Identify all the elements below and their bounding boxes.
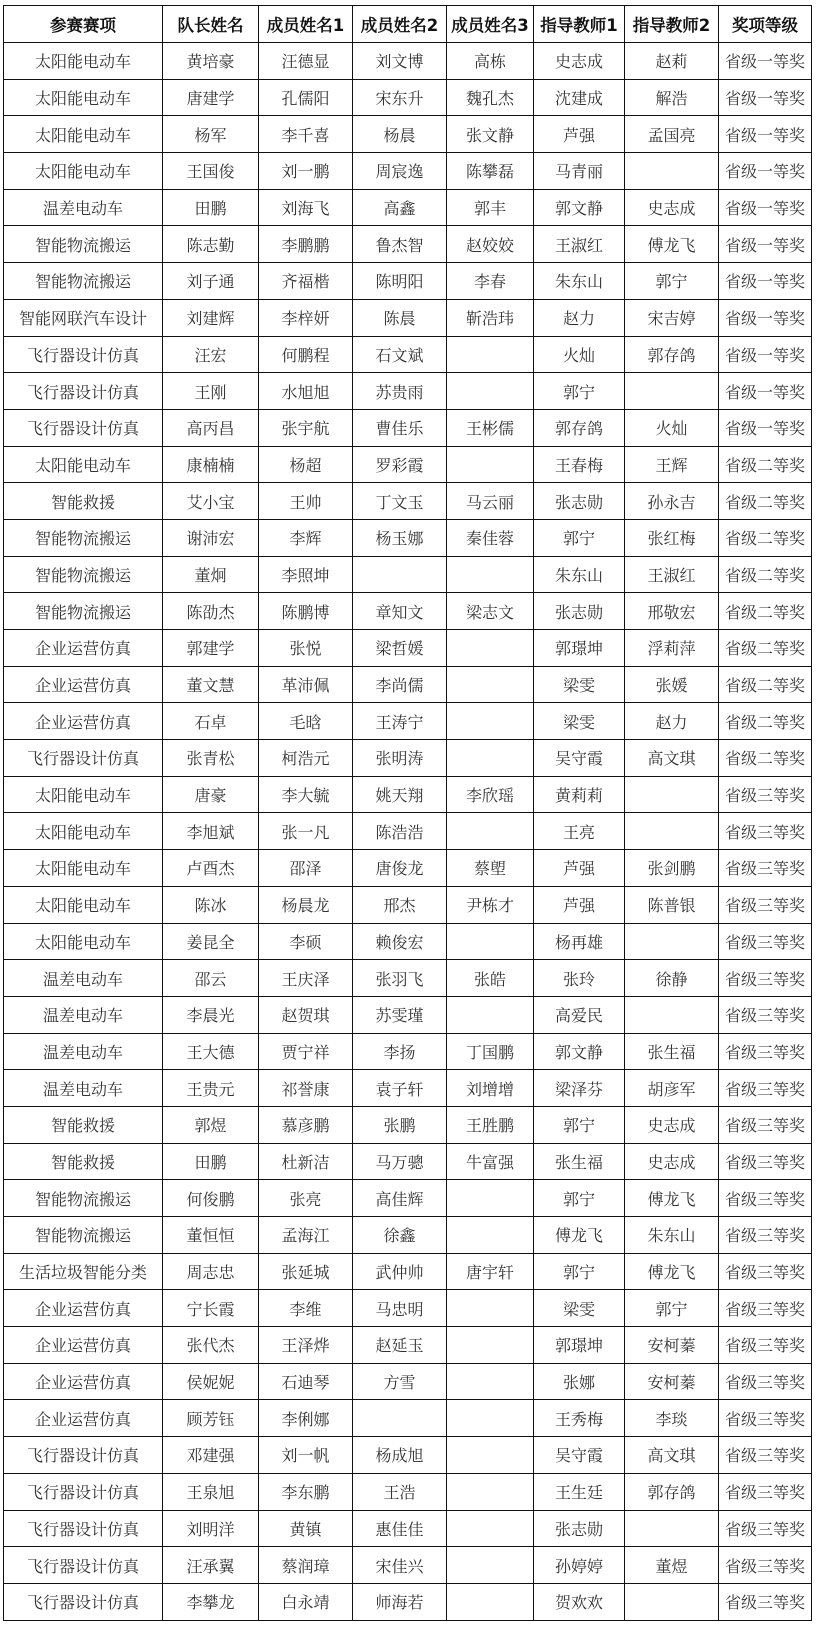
- captain-cell: 王泉旭: [163, 1473, 259, 1510]
- member-2-cell: 惠佳佳: [353, 1510, 447, 1547]
- captain-cell: 顾芳钰: [163, 1400, 259, 1437]
- member-2-cell: 马万骢: [353, 1143, 447, 1180]
- award-level-cell: 省级三等奖: [719, 1143, 812, 1180]
- captain-cell: 杨军: [163, 116, 259, 153]
- award-level-cell: 省级二等奖: [719, 593, 812, 630]
- table-body: 太阳能电动车黄培豪汪德显刘文博高栋史志成赵莉省级一等奖太阳能电动车唐建学孔儒阳宋…: [4, 43, 812, 1621]
- table-row: 飞行器设计仿真汪宏何鹏程石文斌火灿郭存鸽省级一等奖: [4, 336, 812, 373]
- member-3-cell: 梁志文: [447, 593, 534, 630]
- member-2-cell: 高佳辉: [353, 1180, 447, 1217]
- competition-cell: 企业运营仿真: [4, 1290, 163, 1327]
- member-3-cell: 牛富强: [447, 1143, 534, 1180]
- header-competition: 参赛赛项: [4, 6, 163, 43]
- captain-cell: 康楠楠: [163, 446, 259, 483]
- captain-cell: 董恒恒: [163, 1217, 259, 1254]
- competition-cell: 太阳能电动车: [4, 923, 163, 960]
- captain-cell: 汪承翼: [163, 1547, 259, 1584]
- advisor-1-cell: 梁雯: [534, 703, 625, 740]
- advisor-2-cell: 孟国亮: [625, 116, 719, 153]
- advisor-1-cell: 梁雯: [534, 1290, 625, 1327]
- captain-cell: 姜昆全: [163, 923, 259, 960]
- advisor-1-cell: 张生福: [534, 1143, 625, 1180]
- advisor-2-cell: 傅龙飞: [625, 226, 719, 263]
- member-2-cell: 宋东升: [353, 79, 447, 116]
- captain-cell: 高丙昌: [163, 409, 259, 446]
- member-2-cell: 张明涛: [353, 740, 447, 777]
- member-3-cell: 赵姣姣: [447, 226, 534, 263]
- member-1-cell: 李东鹏: [259, 1473, 353, 1510]
- member-3-cell: [447, 923, 534, 960]
- member-1-cell: 孟海江: [259, 1217, 353, 1254]
- member-1-cell: 何鹏程: [259, 336, 353, 373]
- award-level-cell: 省级一等奖: [719, 409, 812, 446]
- table-row: 智能网联汽车设计刘建辉李梓妍陈晨靳浩玮赵力宋吉婷省级一等奖: [4, 299, 812, 336]
- member-1-cell: 张悦: [259, 630, 353, 667]
- captain-cell: 陈劭杰: [163, 593, 259, 630]
- table-row: 智能物流搬运董恒恒孟海江徐鑫傅龙飞朱东山省级三等奖: [4, 1217, 812, 1254]
- captain-cell: 何俊鹏: [163, 1180, 259, 1217]
- advisor-1-cell: 杨再雄: [534, 923, 625, 960]
- award-level-cell: 省级二等奖: [719, 666, 812, 703]
- award-level-cell: 省级三等奖: [719, 1217, 812, 1254]
- advisor-1-cell: 郭璟坤: [534, 1327, 625, 1364]
- competition-cell: 太阳能电动车: [4, 886, 163, 923]
- advisor-1-cell: 孙婷婷: [534, 1547, 625, 1584]
- advisor-2-cell: 张剑鹏: [625, 850, 719, 887]
- advisor-1-cell: 张志勋: [534, 593, 625, 630]
- competition-cell: 智能物流搬运: [4, 519, 163, 556]
- member-3-cell: [447, 1363, 534, 1400]
- member-1-cell: 张亮: [259, 1180, 353, 1217]
- advisor-2-cell: 史志成: [625, 1106, 719, 1143]
- table-row: 太阳能电动车姜昆全李硕赖俊宏杨再雄省级三等奖: [4, 923, 812, 960]
- captain-cell: 侯妮妮: [163, 1363, 259, 1400]
- advisor-1-cell: 郭宁: [534, 373, 625, 410]
- table-row: 企业运营仿真张代杰王泽烨赵延玉郭璟坤安柯蓁省级三等奖: [4, 1327, 812, 1364]
- member-2-cell: [353, 556, 447, 593]
- advisor-1-cell: 郭宁: [534, 1106, 625, 1143]
- member-1-cell: 王庆泽: [259, 960, 353, 997]
- member-1-cell: 王泽烨: [259, 1327, 353, 1364]
- advisor-1-cell: 张志勋: [534, 1510, 625, 1547]
- member-2-cell: 方雪: [353, 1363, 447, 1400]
- advisor-1-cell: 王秀梅: [534, 1400, 625, 1437]
- member-2-cell: 罗彩霞: [353, 446, 447, 483]
- awards-table: 参赛赛项 队长姓名 成员姓名1 成员姓名2 成员姓名3 指导教师1 指导教师2 …: [3, 5, 812, 1621]
- captain-cell: 邓建强: [163, 1437, 259, 1474]
- award-level-cell: 省级二等奖: [719, 483, 812, 520]
- table-row: 企业运营仿真石卓毛晗王涛宁梁雯赵力省级二等奖: [4, 703, 812, 740]
- advisor-2-cell: 安柯蓁: [625, 1363, 719, 1400]
- captain-cell: 汪宏: [163, 336, 259, 373]
- member-1-cell: 杨晨龙: [259, 886, 353, 923]
- competition-cell: 智能网联汽车设计: [4, 299, 163, 336]
- award-level-cell: 省级三等奖: [719, 1583, 812, 1620]
- member-2-cell: 赵延玉: [353, 1327, 447, 1364]
- advisor-2-cell: 陈普银: [625, 886, 719, 923]
- member-3-cell: [447, 1180, 534, 1217]
- advisor-1-cell: 吴守霞: [534, 740, 625, 777]
- advisor-1-cell: 郭存鸽: [534, 409, 625, 446]
- member-3-cell: 王彬儒: [447, 409, 534, 446]
- table-row: 太阳能电动车王国俊刘一鹏周宸逸陈攀磊马青丽省级一等奖: [4, 153, 812, 190]
- captain-cell: 王大德: [163, 1033, 259, 1070]
- captain-cell: 刘建辉: [163, 299, 259, 336]
- member-1-cell: 黄镇: [259, 1510, 353, 1547]
- competition-cell: 智能救援: [4, 1143, 163, 1180]
- member-3-cell: 丁国鹏: [447, 1033, 534, 1070]
- competition-cell: 温差电动车: [4, 1033, 163, 1070]
- member-1-cell: 杨超: [259, 446, 353, 483]
- member-3-cell: 马云丽: [447, 483, 534, 520]
- advisor-2-cell: 郭存鸽: [625, 336, 719, 373]
- competition-cell: 飞行器设计仿真: [4, 373, 163, 410]
- member-1-cell: 齐福楷: [259, 263, 353, 300]
- member-2-cell: 鲁杰智: [353, 226, 447, 263]
- member-1-cell: 李硕: [259, 923, 353, 960]
- award-level-cell: 省级三等奖: [719, 1363, 812, 1400]
- member-2-cell: 王浩: [353, 1473, 447, 1510]
- competition-cell: 智能物流搬运: [4, 263, 163, 300]
- advisor-1-cell: 郭文静: [534, 1033, 625, 1070]
- member-3-cell: [447, 1473, 534, 1510]
- competition-cell: 企业运营仿真: [4, 703, 163, 740]
- table-row: 温差电动车邵云王庆泽张羽飞张皓张玲徐静省级三等奖: [4, 960, 812, 997]
- award-level-cell: 省级三等奖: [719, 1400, 812, 1437]
- award-level-cell: 省级三等奖: [719, 960, 812, 997]
- advisor-1-cell: 芦强: [534, 850, 625, 887]
- advisor-2-cell: [625, 373, 719, 410]
- member-2-cell: 丁文玉: [353, 483, 447, 520]
- captain-cell: 王贵元: [163, 1070, 259, 1107]
- table-row: 飞行器设计仿真王泉旭李东鹏王浩王生廷郭存鸽省级三等奖: [4, 1473, 812, 1510]
- member-1-cell: 慕彦鹏: [259, 1106, 353, 1143]
- member-3-cell: 郭丰: [447, 189, 534, 226]
- advisor-2-cell: 郭宁: [625, 263, 719, 300]
- captain-cell: 田鹏: [163, 189, 259, 226]
- competition-cell: 太阳能电动车: [4, 446, 163, 483]
- member-1-cell: 李千喜: [259, 116, 353, 153]
- member-1-cell: 张宇航: [259, 409, 353, 446]
- advisor-2-cell: 史志成: [625, 189, 719, 226]
- member-1-cell: 蔡润璋: [259, 1547, 353, 1584]
- competition-cell: 飞行器设计仿真: [4, 1583, 163, 1620]
- member-2-cell: 章知文: [353, 593, 447, 630]
- advisor-1-cell: 傅龙飞: [534, 1217, 625, 1254]
- captain-cell: 邵云: [163, 960, 259, 997]
- captain-cell: 陈志勤: [163, 226, 259, 263]
- award-level-cell: 省级一等奖: [719, 299, 812, 336]
- captain-cell: 周志忠: [163, 1253, 259, 1290]
- competition-cell: 温差电动车: [4, 960, 163, 997]
- header-member-3: 成员姓名3: [447, 6, 534, 43]
- member-1-cell: 李照坤: [259, 556, 353, 593]
- member-3-cell: 唐宇轩: [447, 1253, 534, 1290]
- award-level-cell: 省级三等奖: [719, 886, 812, 923]
- table-row: 智能救援艾小宝王帅丁文玉马云丽张志勋孙永吉省级二等奖: [4, 483, 812, 520]
- member-3-cell: 李欣瑶: [447, 776, 534, 813]
- member-2-cell: 师海若: [353, 1583, 447, 1620]
- table-row: 企业运营仿真董文慧革沛佩李尚儒梁雯张媛省级二等奖: [4, 666, 812, 703]
- captain-cell: 李晨光: [163, 996, 259, 1033]
- member-1-cell: 水旭旭: [259, 373, 353, 410]
- member-3-cell: [447, 446, 534, 483]
- advisor-2-cell: 安柯蓁: [625, 1327, 719, 1364]
- award-level-cell: 省级二等奖: [719, 740, 812, 777]
- captain-cell: 郭煜: [163, 1106, 259, 1143]
- advisor-2-cell: 张红梅: [625, 519, 719, 556]
- competition-cell: 太阳能电动车: [4, 79, 163, 116]
- award-level-cell: 省级一等奖: [719, 373, 812, 410]
- member-3-cell: [447, 666, 534, 703]
- captain-cell: 李旭斌: [163, 813, 259, 850]
- competition-cell: 温差电动车: [4, 1070, 163, 1107]
- member-3-cell: [447, 1400, 534, 1437]
- table-row: 智能物流搬运谢沛宏李辉杨玉娜秦佳蓉郭宁张红梅省级二等奖: [4, 519, 812, 556]
- captain-cell: 唐建学: [163, 79, 259, 116]
- captain-cell: 田鹏: [163, 1143, 259, 1180]
- table-row: 智能物流搬运刘子通齐福楷陈明阳李春朱东山郭宁省级一等奖: [4, 263, 812, 300]
- member-1-cell: 李辉: [259, 519, 353, 556]
- advisor-1-cell: 赵力: [534, 299, 625, 336]
- competition-cell: 企业运营仿真: [4, 666, 163, 703]
- captain-cell: 王国俊: [163, 153, 259, 190]
- member-1-cell: 张延城: [259, 1253, 353, 1290]
- member-1-cell: 毛晗: [259, 703, 353, 740]
- award-level-cell: 省级二等奖: [719, 556, 812, 593]
- competition-cell: 智能救援: [4, 483, 163, 520]
- table-row: 飞行器设计仿真张青松柯浩元张明涛吴守霞高文琪省级二等奖: [4, 740, 812, 777]
- table-row: 温差电动车田鹏刘海飞高鑫郭丰郭文静史志成省级一等奖: [4, 189, 812, 226]
- advisor-1-cell: 朱东山: [534, 263, 625, 300]
- member-2-cell: 姚天翔: [353, 776, 447, 813]
- advisor-1-cell: 贺欢欢: [534, 1583, 625, 1620]
- competition-cell: 智能物流搬运: [4, 556, 163, 593]
- member-1-cell: 李俐娜: [259, 1400, 353, 1437]
- table-row: 智能物流搬运陈志勤李鹏鹏鲁杰智赵姣姣王淑红傅龙飞省级一等奖: [4, 226, 812, 263]
- award-level-cell: 省级二等奖: [719, 703, 812, 740]
- competition-cell: 企业运营仿真: [4, 1363, 163, 1400]
- table-row: 温差电动车王贵元祁誉康袁子轩刘增增梁泽芬胡彦军省级三等奖: [4, 1070, 812, 1107]
- member-3-cell: 刘增增: [447, 1070, 534, 1107]
- award-level-cell: 省级三等奖: [719, 1327, 812, 1364]
- table-row: 飞行器设计仿真刘明洋黄镇惠佳佳张志勋省级三等奖: [4, 1510, 812, 1547]
- award-level-cell: 省级一等奖: [719, 226, 812, 263]
- table-row: 飞行器设计仿真汪承翼蔡润璋宋佳兴孙婷婷董煜省级三等奖: [4, 1547, 812, 1584]
- award-level-cell: 省级一等奖: [719, 79, 812, 116]
- table-row: 飞行器设计仿真王刚水旭旭苏贵雨郭宁省级一等奖: [4, 373, 812, 410]
- advisor-1-cell: 张志勋: [534, 483, 625, 520]
- table-row: 太阳能电动车唐豪李大毓姚天翔李欣瑶黄莉莉省级三等奖: [4, 776, 812, 813]
- captain-cell: 郭建学: [163, 630, 259, 667]
- member-2-cell: 高鑫: [353, 189, 447, 226]
- award-level-cell: 省级三等奖: [719, 813, 812, 850]
- award-level-cell: 省级三等奖: [719, 1473, 812, 1510]
- captain-cell: 艾小宝: [163, 483, 259, 520]
- award-level-cell: 省级三等奖: [719, 1290, 812, 1327]
- member-1-cell: 白永靖: [259, 1583, 353, 1620]
- award-level-cell: 省级三等奖: [719, 850, 812, 887]
- award-level-cell: 省级三等奖: [719, 1033, 812, 1070]
- table-row: 企业运营仿真宁长霞李维马忠明梁雯郭宁省级三等奖: [4, 1290, 812, 1327]
- captain-cell: 陈冰: [163, 886, 259, 923]
- member-1-cell: 杜新洁: [259, 1143, 353, 1180]
- advisor-1-cell: 吴守霞: [534, 1437, 625, 1474]
- advisor-2-cell: 徐静: [625, 960, 719, 997]
- captain-cell: 宁长霞: [163, 1290, 259, 1327]
- member-3-cell: [447, 996, 534, 1033]
- competition-cell: 智能物流搬运: [4, 226, 163, 263]
- competition-cell: 飞行器设计仿真: [4, 409, 163, 446]
- member-2-cell: 唐俊龙: [353, 850, 447, 887]
- member-2-cell: 陈明阳: [353, 263, 447, 300]
- competition-cell: 飞行器设计仿真: [4, 1473, 163, 1510]
- member-2-cell: 宋佳兴: [353, 1547, 447, 1584]
- member-1-cell: 邵泽: [259, 850, 353, 887]
- award-level-cell: 省级三等奖: [719, 1106, 812, 1143]
- competition-cell: 温差电动车: [4, 189, 163, 226]
- member-3-cell: [447, 1327, 534, 1364]
- member-3-cell: 王胜鹏: [447, 1106, 534, 1143]
- table-row: 企业运营仿真顾芳钰李俐娜王秀梅李琰省级三等奖: [4, 1400, 812, 1437]
- table-row: 太阳能电动车卢酉杰邵泽唐俊龙蔡塱芦强张剑鹏省级三等奖: [4, 850, 812, 887]
- advisor-2-cell: 张媛: [625, 666, 719, 703]
- member-2-cell: 陈晨: [353, 299, 447, 336]
- award-level-cell: 省级三等奖: [719, 1547, 812, 1584]
- advisor-1-cell: 沈建成: [534, 79, 625, 116]
- member-2-cell: 李扬: [353, 1033, 447, 1070]
- advisor-2-cell: 胡彦军: [625, 1070, 719, 1107]
- award-level-cell: 省级三等奖: [719, 1253, 812, 1290]
- table-row: 太阳能电动车康楠楠杨超罗彩霞王春梅王辉省级二等奖: [4, 446, 812, 483]
- advisor-1-cell: 郭文静: [534, 189, 625, 226]
- member-2-cell: 梁哲媛: [353, 630, 447, 667]
- advisor-2-cell: 孙永吉: [625, 483, 719, 520]
- advisor-2-cell: 王辉: [625, 446, 719, 483]
- advisor-2-cell: 宋吉婷: [625, 299, 719, 336]
- award-level-cell: 省级二等奖: [719, 630, 812, 667]
- member-3-cell: [447, 336, 534, 373]
- advisor-2-cell: [625, 996, 719, 1033]
- award-level-cell: 省级二等奖: [719, 446, 812, 483]
- advisor-1-cell: 黄莉莉: [534, 776, 625, 813]
- advisor-1-cell: 郭宁: [534, 519, 625, 556]
- captain-cell: 谢沛宏: [163, 519, 259, 556]
- captain-cell: 董炯: [163, 556, 259, 593]
- competition-cell: 智能物流搬运: [4, 593, 163, 630]
- advisor-2-cell: 浮莉萍: [625, 630, 719, 667]
- member-2-cell: 陈浩浩: [353, 813, 447, 850]
- competition-cell: 企业运营仿真: [4, 1327, 163, 1364]
- award-level-cell: 省级三等奖: [719, 923, 812, 960]
- competition-cell: 温差电动车: [4, 996, 163, 1033]
- member-1-cell: 陈鹏博: [259, 593, 353, 630]
- captain-cell: 石卓: [163, 703, 259, 740]
- member-2-cell: [353, 1400, 447, 1437]
- member-1-cell: 刘一鹏: [259, 153, 353, 190]
- competition-cell: 太阳能电动车: [4, 153, 163, 190]
- table-row: 智能物流搬运董炯李照坤朱东山王淑红省级二等奖: [4, 556, 812, 593]
- advisor-2-cell: 张生福: [625, 1033, 719, 1070]
- member-3-cell: 蔡塱: [447, 850, 534, 887]
- competition-cell: 飞行器设计仿真: [4, 1547, 163, 1584]
- header-advisor-2: 指导教师2: [625, 6, 719, 43]
- header-captain: 队长姓名: [163, 6, 259, 43]
- member-1-cell: 李梓妍: [259, 299, 353, 336]
- captain-cell: 张代杰: [163, 1327, 259, 1364]
- member-2-cell: 张羽飞: [353, 960, 447, 997]
- member-1-cell: 刘一帆: [259, 1437, 353, 1474]
- member-3-cell: [447, 1217, 534, 1254]
- table-row: 飞行器设计仿真邓建强刘一帆杨成旭吴守霞高文琪省级三等奖: [4, 1437, 812, 1474]
- member-1-cell: 张一凡: [259, 813, 353, 850]
- advisor-1-cell: 梁雯: [534, 666, 625, 703]
- advisor-1-cell: 王春梅: [534, 446, 625, 483]
- member-3-cell: 靳浩玮: [447, 299, 534, 336]
- advisor-2-cell: [625, 923, 719, 960]
- award-level-cell: 省级一等奖: [719, 43, 812, 80]
- advisor-1-cell: 郭璟坤: [534, 630, 625, 667]
- member-2-cell: 石文斌: [353, 336, 447, 373]
- member-3-cell: [447, 373, 534, 410]
- award-level-cell: 省级三等奖: [719, 1180, 812, 1217]
- advisor-2-cell: 王淑红: [625, 556, 719, 593]
- award-level-cell: 省级三等奖: [719, 1437, 812, 1474]
- advisor-1-cell: 梁泽芬: [534, 1070, 625, 1107]
- table-row: 企业运营仿真侯妮妮石迪琴方雪张娜安柯蓁省级三等奖: [4, 1363, 812, 1400]
- advisor-1-cell: 高爱民: [534, 996, 625, 1033]
- member-3-cell: [447, 740, 534, 777]
- advisor-2-cell: [625, 1583, 719, 1620]
- award-level-cell: 省级一等奖: [719, 153, 812, 190]
- header-award-level: 奖项等级: [719, 6, 812, 43]
- award-level-cell: 省级一等奖: [719, 263, 812, 300]
- member-1-cell: 孔儒阳: [259, 79, 353, 116]
- competition-cell: 太阳能电动车: [4, 850, 163, 887]
- competition-cell: 飞行器设计仿真: [4, 1510, 163, 1547]
- member-2-cell: 周宸逸: [353, 153, 447, 190]
- member-3-cell: 陈攀磊: [447, 153, 534, 190]
- advisor-2-cell: [625, 153, 719, 190]
- header-row: 参赛赛项 队长姓名 成员姓名1 成员姓名2 成员姓名3 指导教师1 指导教师2 …: [4, 6, 812, 43]
- award-level-cell: 省级一等奖: [719, 189, 812, 226]
- award-level-cell: 省级三等奖: [719, 1510, 812, 1547]
- competition-cell: 企业运营仿真: [4, 1400, 163, 1437]
- table-row: 温差电动车王大德贾宁祥李扬丁国鹏郭文静张生福省级三等奖: [4, 1033, 812, 1070]
- member-1-cell: 祁誉康: [259, 1070, 353, 1107]
- member-1-cell: 李维: [259, 1290, 353, 1327]
- advisor-1-cell: 芦强: [534, 116, 625, 153]
- competition-cell: 太阳能电动车: [4, 776, 163, 813]
- advisor-2-cell: 傅龙飞: [625, 1180, 719, 1217]
- award-level-cell: 省级二等奖: [719, 519, 812, 556]
- advisor-1-cell: 王生廷: [534, 1473, 625, 1510]
- advisor-1-cell: 马青丽: [534, 153, 625, 190]
- table-row: 飞行器设计仿真高丙昌张宇航曹佳乐王彬儒郭存鸽火灿省级一等奖: [4, 409, 812, 446]
- advisor-2-cell: 郭宁: [625, 1290, 719, 1327]
- table-row: 温差电动车李晨光赵贺琪苏雯瑾高爱民省级三等奖: [4, 996, 812, 1033]
- member-3-cell: 高栋: [447, 43, 534, 80]
- member-3-cell: 张文静: [447, 116, 534, 153]
- member-2-cell: 马忠明: [353, 1290, 447, 1327]
- member-1-cell: 柯浩元: [259, 740, 353, 777]
- member-1-cell: 李鹏鹏: [259, 226, 353, 263]
- member-2-cell: 杨晨: [353, 116, 447, 153]
- advisor-2-cell: 高文琪: [625, 740, 719, 777]
- captain-cell: 董文慧: [163, 666, 259, 703]
- member-3-cell: [447, 1510, 534, 1547]
- captain-cell: 张青松: [163, 740, 259, 777]
